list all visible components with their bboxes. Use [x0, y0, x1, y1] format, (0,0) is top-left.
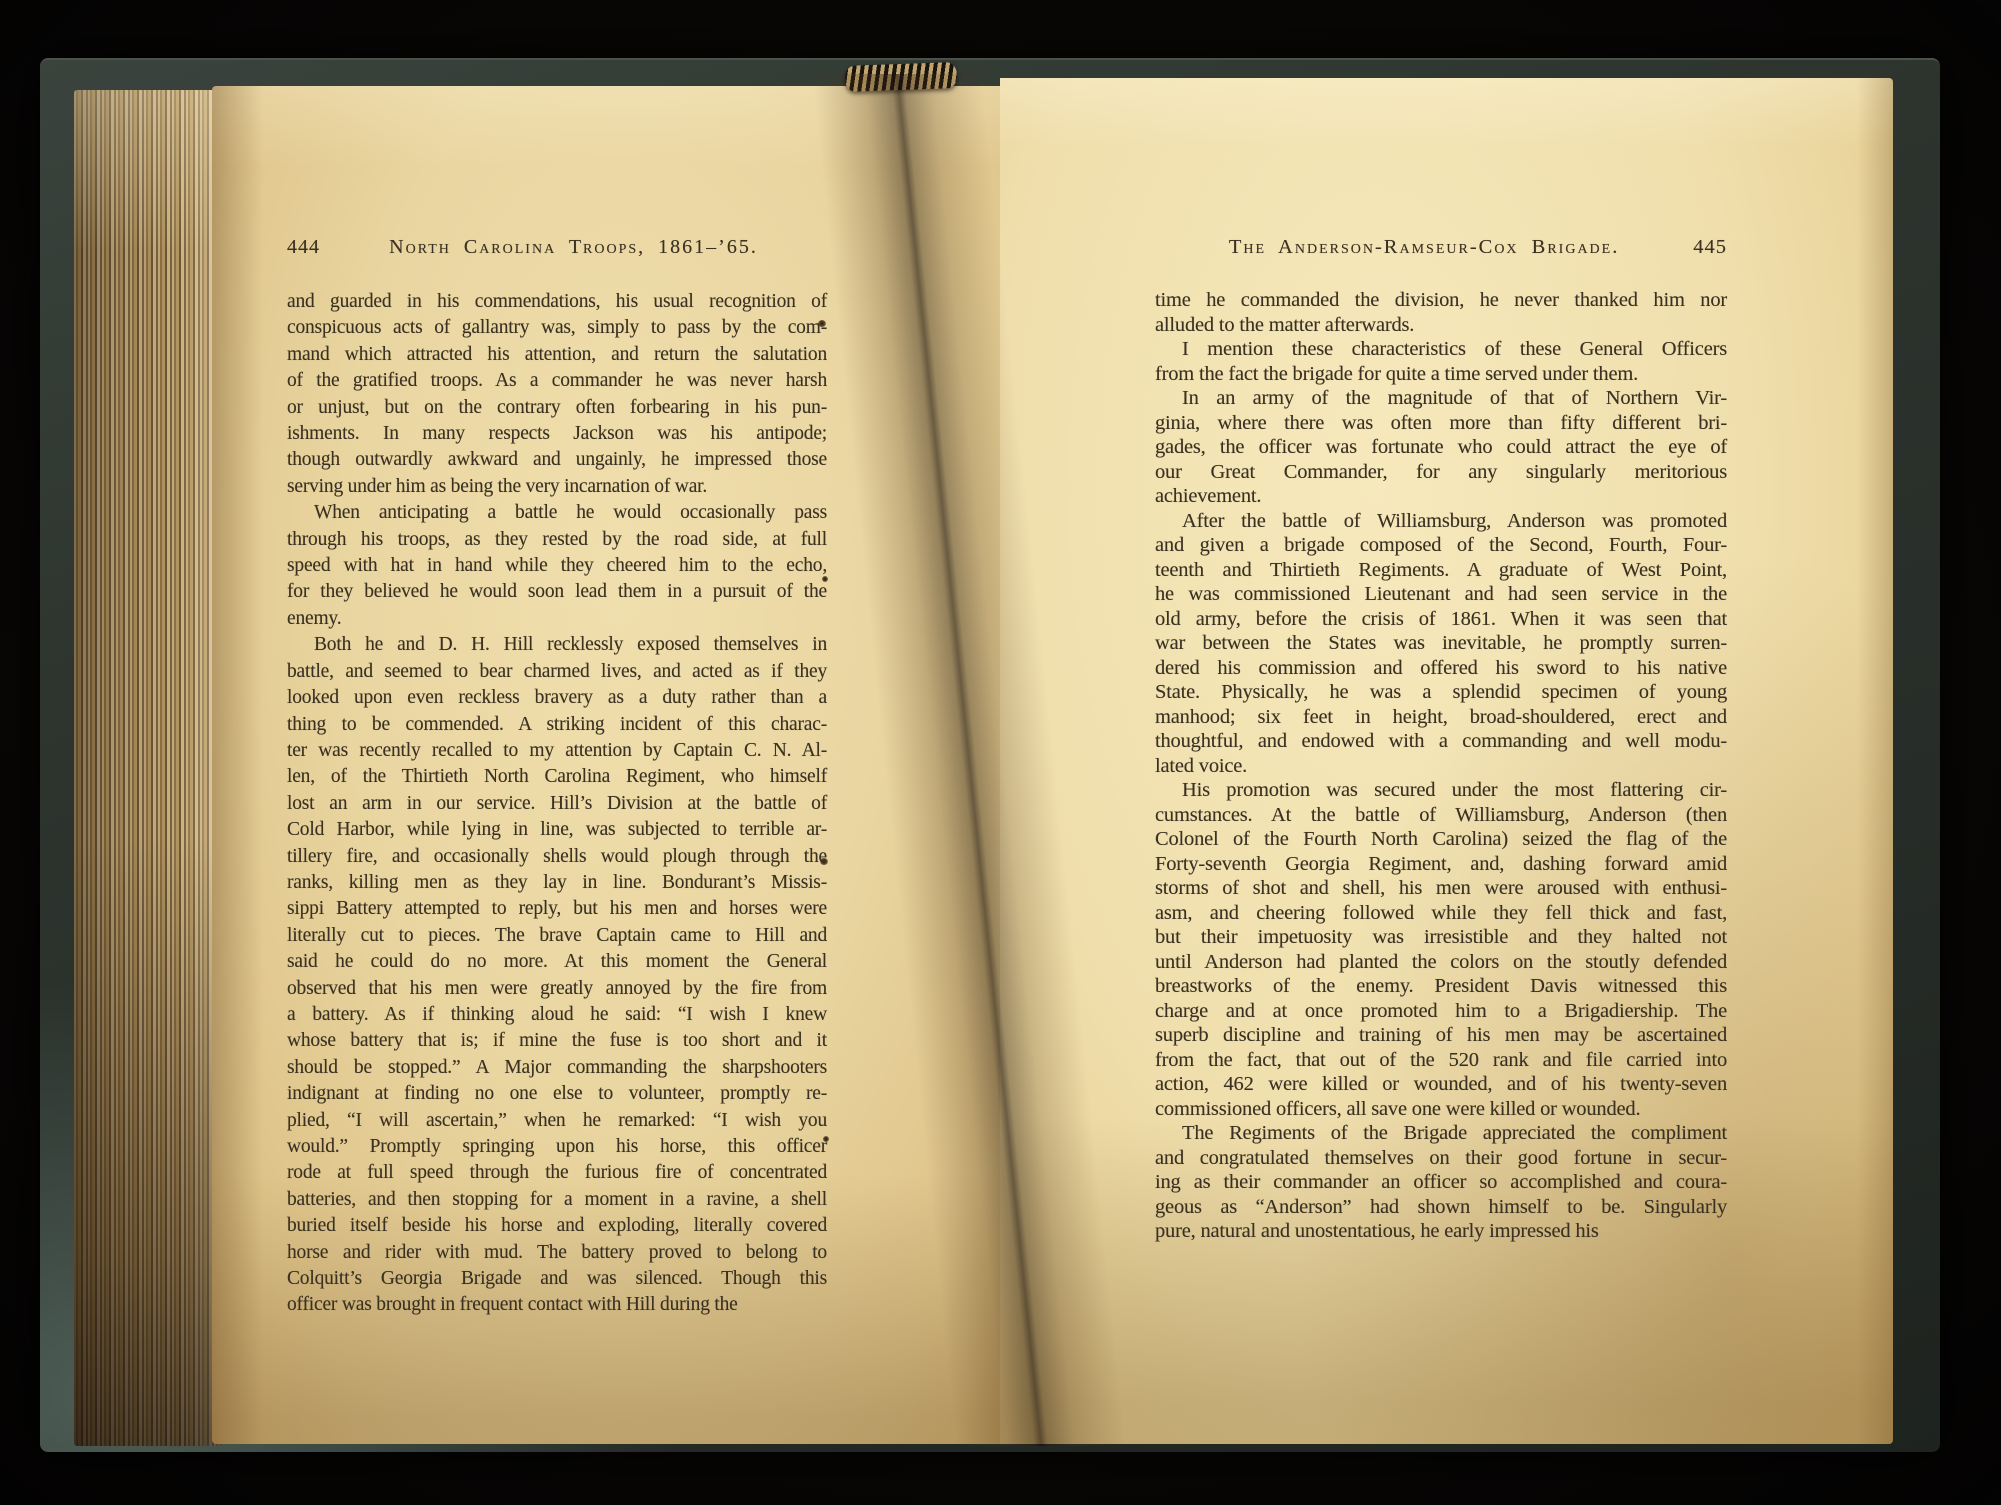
text-line: mand which attracted his attention, and … [287, 342, 827, 368]
text-line: sippi Battery attempted to reply, but hi… [287, 896, 827, 922]
text-line: whose battery that is; if mine the fuse … [287, 1028, 827, 1054]
text-line: or unjust, but on the contrary often for… [287, 395, 827, 421]
text-line: In an army of the magnitude of that of N… [1155, 386, 1727, 411]
text-line: ter was recently recalled to my attentio… [287, 738, 827, 764]
text-line: Both he and D. H. Hill recklessly expose… [287, 632, 827, 658]
left-page-body: and guarded in his commendations, his us… [287, 289, 827, 1319]
text-line: would.” Promptly springing upon his hors… [287, 1134, 827, 1160]
text-line: of the gratified troops. As a commander … [287, 368, 827, 394]
text-line: geous as “Anderson” had shown himself to… [1155, 1195, 1727, 1220]
right-running-title: The Anderson-Ramseur-Cox Brigade. [1155, 236, 1693, 259]
text-line: ranks, killing men as they lay in line. … [287, 870, 827, 896]
text-line: commissioned officers, all save one were… [1155, 1097, 1727, 1122]
text-line: lated voice. [1155, 754, 1727, 779]
text-line: horse and rider with mud. The battery pr… [287, 1240, 827, 1266]
right-page-number: 445 [1693, 236, 1727, 259]
paragraph: In an army of the magnitude of that of N… [1155, 386, 1727, 509]
text-line: cumstances. At the battle of Williamsbur… [1155, 803, 1727, 828]
text-line: rode at full speed through the furious f… [287, 1160, 827, 1186]
text-line: His promotion was secured under the most… [1155, 778, 1727, 803]
text-line: until Anderson had planted the colors on… [1155, 950, 1727, 975]
paragraph: Both he and D. H. Hill recklessly expose… [287, 632, 827, 1319]
text-line: speed with hat in hand while they cheere… [287, 553, 827, 579]
text-line: serving under him as being the very inca… [287, 474, 827, 500]
paragraph: time he commanded the division, he never… [1155, 288, 1727, 337]
text-line: I mention these characteristics of these… [1155, 337, 1727, 362]
text-line: and guarded in his commendations, his us… [287, 289, 827, 315]
text-line: enemy. [287, 606, 827, 632]
paragraph: When anticipating a battle he would occa… [287, 500, 827, 632]
text-line: literally cut to pieces. The brave Capta… [287, 923, 827, 949]
text-line: storms of shot and shell, his men were a… [1155, 876, 1727, 901]
text-line: old army, before the crisis of 1861. Whe… [1155, 607, 1727, 632]
text-line: tillery fire, and occasionally shells wo… [287, 844, 827, 870]
text-line: Colquitt’s Georgia Brigade and was silen… [287, 1266, 827, 1292]
text-line: ginia, where there was often more than f… [1155, 411, 1727, 436]
text-line: observed that his men were greatly annoy… [287, 976, 827, 1002]
left-running-title: North Carolina Troops, 1861–’65. [320, 236, 827, 259]
text-line: teenth and Thirtieth Regiments. A gradua… [1155, 558, 1727, 583]
text-line: After the battle of Williamsburg, Anders… [1155, 509, 1727, 534]
text-line: pure, natural and unostentatious, he ear… [1155, 1219, 1727, 1244]
text-line: for they believed he would soon lead the… [287, 579, 827, 605]
text-line: but their impetuosity was irresistible a… [1155, 925, 1727, 950]
paragraph: I mention these characteristics of these… [1155, 337, 1727, 386]
text-line: Forty-seventh Georgia Regiment, and, das… [1155, 852, 1727, 877]
spine-headband [845, 62, 958, 92]
right-page-content: The Anderson-Ramseur-Cox Brigade. 445 ti… [1155, 236, 1727, 1244]
text-line: State. Physically, he was a splendid spe… [1155, 680, 1727, 705]
text-line: buried itself beside his horse and explo… [287, 1213, 827, 1239]
text-line: The Regiments of the Brigade appreciated… [1155, 1121, 1727, 1146]
text-line: alluded to the matter afterwards. [1155, 313, 1727, 338]
text-line: lost an arm in our service. Hill’s Divis… [287, 791, 827, 817]
text-line: looked upon even reckless bravery as a d… [287, 685, 827, 711]
text-line: time he commanded the division, he never… [1155, 288, 1727, 313]
text-line: thoughtful, and endowed with a commandin… [1155, 729, 1727, 754]
text-line: war between the States was inevitable, h… [1155, 631, 1727, 656]
text-line: Cold Harbor, while lying in line, was su… [287, 817, 827, 843]
text-line: action, 462 were killed or wounded, and … [1155, 1072, 1727, 1097]
text-line: dered his commission and offered his swo… [1155, 656, 1727, 681]
text-line: a battery. As if thinking aloud he said:… [287, 1002, 827, 1028]
text-line: thing to be commended. A striking incide… [287, 712, 827, 738]
paragraph: The Regiments of the Brigade appreciated… [1155, 1121, 1727, 1244]
text-line: conspicuous acts of gallantry was, simpl… [287, 315, 827, 341]
left-page-number: 444 [287, 236, 320, 259]
text-line: indignant at finding no one else to volu… [287, 1081, 827, 1107]
text-line: he was commissioned Lieutenant and had s… [1155, 582, 1727, 607]
paragraph: His promotion was secured under the most… [1155, 778, 1727, 1121]
text-line: gades, the officer was fortunate who cou… [1155, 435, 1727, 460]
text-line: officer was brought in frequent contact … [287, 1292, 827, 1318]
text-line: len, of the Thirtieth North Carolina Reg… [287, 764, 827, 790]
paragraph: After the battle of Williamsburg, Anders… [1155, 509, 1727, 779]
text-line: should be stopped.” A Major commanding t… [287, 1055, 827, 1081]
photo-background: 444 North Carolina Troops, 1861–’65. and… [0, 0, 2001, 1505]
text-line: ishments. In many respects Jackson was h… [287, 421, 827, 447]
fanned-page-edges [74, 90, 222, 1446]
left-page-content: 444 North Carolina Troops, 1861–’65. and… [287, 236, 827, 1319]
text-line: through his troops, as they rested by th… [287, 527, 827, 553]
text-line: batteries, and then stopping for a momen… [287, 1187, 827, 1213]
text-line: and given a brigade composed of the Seco… [1155, 533, 1727, 558]
text-line: plied, “I will ascertain,” when he remar… [287, 1108, 827, 1134]
text-line: said he could do no more. At this moment… [287, 949, 827, 975]
text-line: our Great Commander, for any singularly … [1155, 460, 1727, 485]
text-line: breastworks of the enemy. President Davi… [1155, 974, 1727, 999]
text-line: battle, and seemed to bear charmed lives… [287, 659, 827, 685]
text-line: and congratulated themselves on their go… [1155, 1146, 1727, 1171]
right-page-body: time he commanded the division, he never… [1155, 288, 1727, 1244]
text-line: charge and at once promoted him to a Bri… [1155, 999, 1727, 1024]
text-line: achievement. [1155, 484, 1727, 509]
text-line: When anticipating a battle he would occa… [287, 500, 827, 526]
paragraph: and guarded in his commendations, his us… [287, 289, 827, 500]
text-line: from the fact, that out of the 520 rank … [1155, 1048, 1727, 1073]
text-line: though outwardly awkward and ungainly, h… [287, 447, 827, 473]
text-line: ing as their commander an officer so acc… [1155, 1170, 1727, 1195]
left-running-header: 444 North Carolina Troops, 1861–’65. [287, 236, 827, 259]
text-line: asm, and cheering followed while they fe… [1155, 901, 1727, 926]
right-running-header: The Anderson-Ramseur-Cox Brigade. 445 [1155, 236, 1727, 259]
text-line: from the fact the brigade for quite a ti… [1155, 362, 1727, 387]
text-line: superb discipline and training of his me… [1155, 1023, 1727, 1048]
text-line: manhood; six feet in height, broad-shoul… [1155, 705, 1727, 730]
text-line: Colonel of the Fourth North Carolina) se… [1155, 827, 1727, 852]
